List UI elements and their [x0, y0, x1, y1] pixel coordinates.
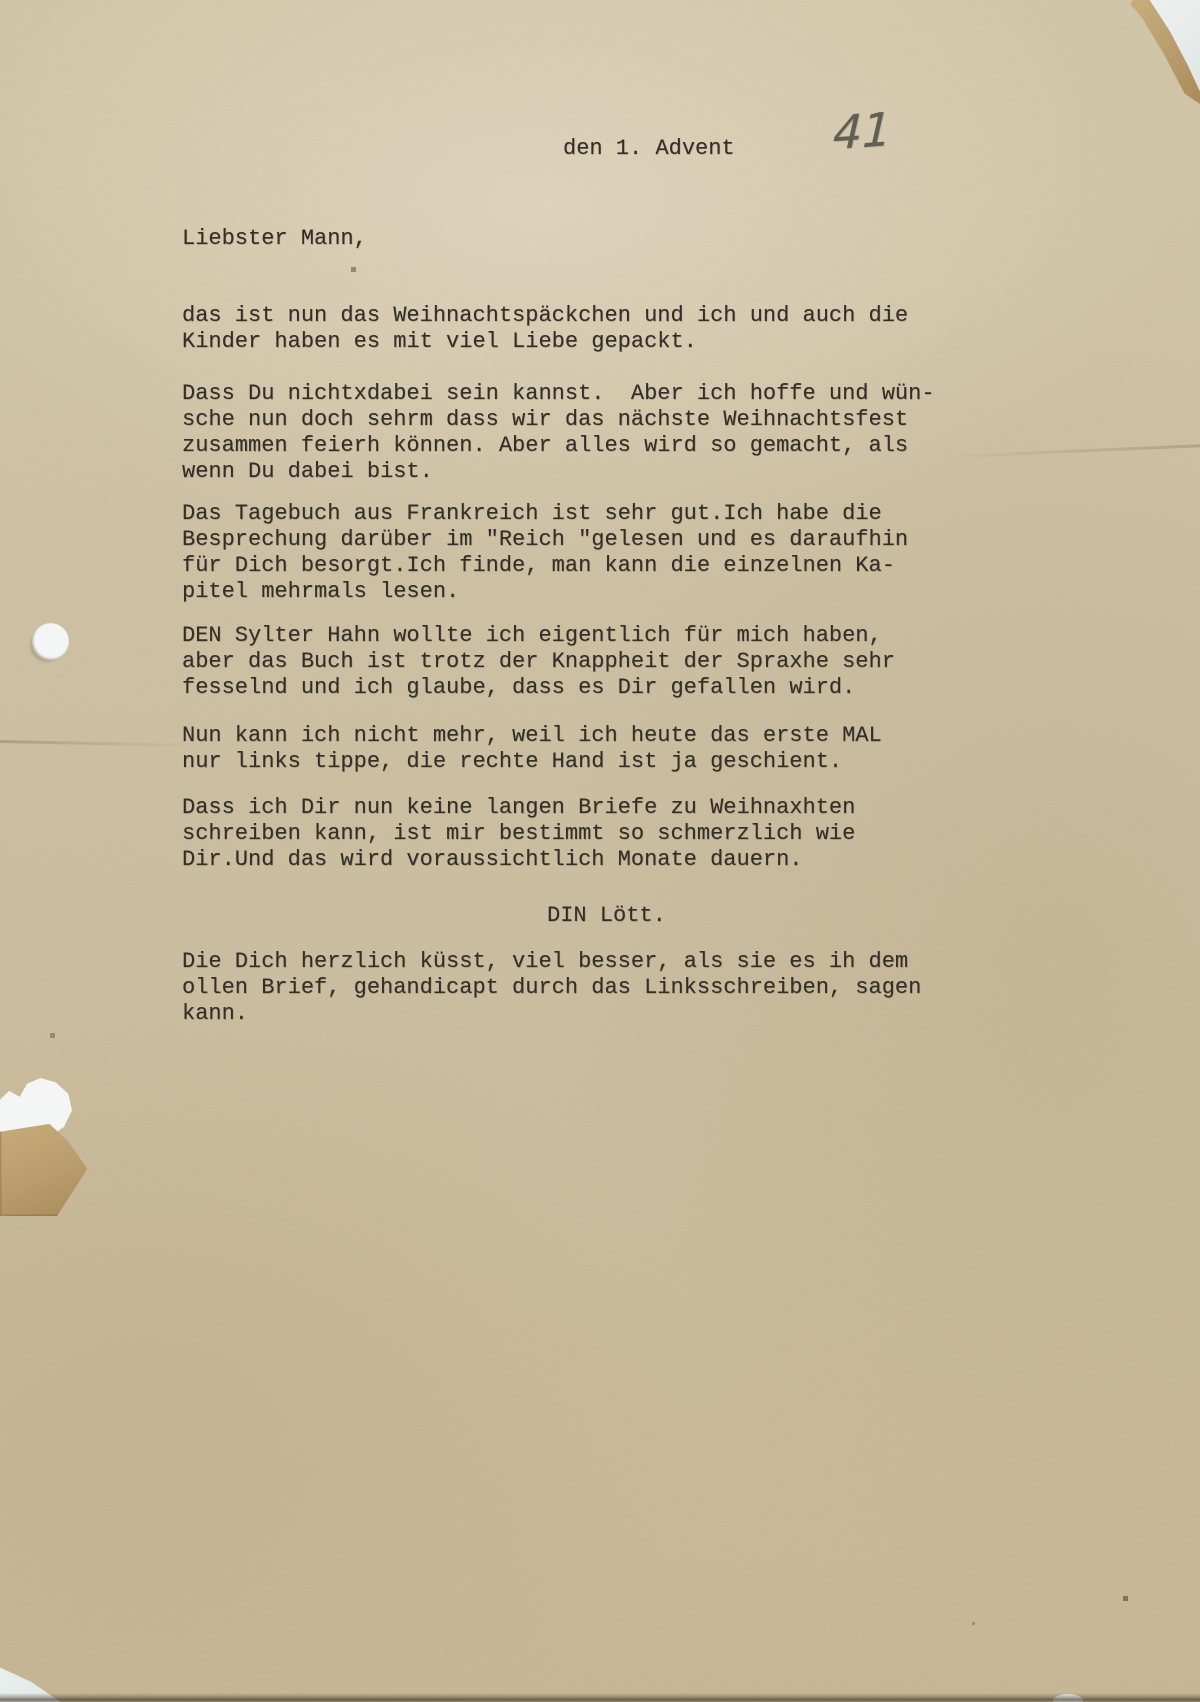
letter-line: wenn Du dabei bist.	[182, 459, 935, 485]
letter-line: Die Dich herzlich küsst, viel besser, al…	[182, 949, 921, 975]
letter-line: Nun kann ich nicht mehr, weil ich heute …	[182, 723, 882, 749]
letter-line: aber das Buch ist trotz der Knappheit de…	[182, 649, 895, 675]
letter-line: nur links tippe, die rechte Hand ist ja …	[182, 749, 882, 775]
letter-line: fesselnd und ich glaube, dass es Dir gef…	[182, 675, 895, 701]
closing-paragraph: Die Dich herzlich küsst, viel besser, al…	[182, 949, 921, 1027]
letter-line: Dass Du nichtxdabei sein kannst. Aber ic…	[182, 381, 935, 407]
letter-line: für Dich besorgt.Ich finde, man kann die…	[182, 553, 908, 579]
letter-page: den 1. Advent 41 Liebster Mann, das ist …	[0, 0, 1200, 1702]
crease-line-left	[0, 740, 195, 747]
salutation: Liebster Mann,	[182, 226, 367, 252]
letter-line: Dir.Und das wird voraussichtlich Monate …	[182, 847, 855, 873]
paper-speck-marks	[0, 0, 3, 3]
letter-line: kann.	[182, 1001, 921, 1027]
letter-line: das ist nun das Weihnachtspäckchen und i…	[182, 303, 908, 329]
letter-line: sche nun doch sehrm dass wir das nächste…	[182, 407, 935, 433]
dateline: den 1. Advent	[563, 136, 735, 162]
letter-line: Das Tagebuch aus Frankreich ist sehr gut…	[182, 501, 908, 527]
letter-line: Dass ich Dir nun keine langen Briefe zu …	[182, 795, 855, 821]
letter-line: Besprechung darüber im "Reich "gelesen u…	[182, 527, 908, 553]
letter-line: DEN Sylter Hahn wollte ich eigentlich fü…	[182, 623, 895, 649]
paragraph-3: Das Tagebuch aus Frankreich ist sehr gut…	[182, 501, 908, 605]
crease-line-right	[935, 444, 1200, 459]
paragraph-1: das ist nun das Weihnachtspäckchen und i…	[182, 303, 908, 355]
paragraph-2: Dass Du nichtxdabei sein kannst. Aber ic…	[182, 381, 935, 485]
handwritten-page-number: 41	[832, 106, 892, 156]
tape-patch-bottom-left	[0, 1118, 95, 1216]
paragraph-6: Dass ich Dir nun keine langen Briefe zu …	[182, 795, 855, 873]
paragraph-4: DEN Sylter Hahn wollte ich eigentlich fü…	[182, 623, 895, 701]
paragraph-5: Nun kann ich nicht mehr, weil ich heute …	[182, 723, 882, 775]
letter-line: ollen Brief, gehandicapt durch das Links…	[182, 975, 921, 1001]
letter-line: zusammen feierh können. Aber alles wird …	[182, 433, 935, 459]
letter-line: Kinder haben es mit viel Liebe gepackt.	[182, 329, 908, 355]
letter-line: schreiben kann, ist mir bestimmt so schm…	[182, 821, 855, 847]
signoff: DIN Lött.	[547, 903, 666, 929]
letter-line: pitel mehrmals lesen.	[182, 579, 908, 605]
bottom-edge-shadow	[0, 1693, 1200, 1702]
punch-hole	[32, 623, 69, 660]
